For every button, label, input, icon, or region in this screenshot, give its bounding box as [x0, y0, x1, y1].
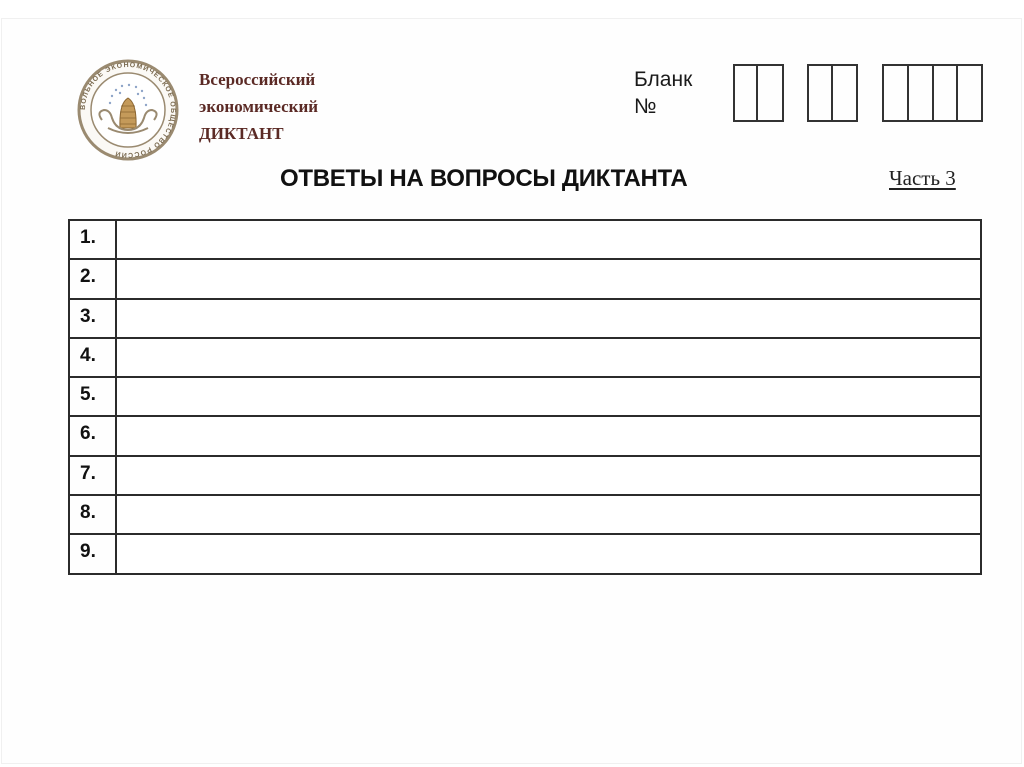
answer-field[interactable] — [116, 377, 981, 416]
answer-row: 8. — [69, 495, 981, 534]
digit-box[interactable] — [833, 66, 856, 120]
digit-box[interactable] — [758, 66, 782, 120]
digit-box[interactable] — [958, 66, 981, 120]
blank-number-label: Бланк № — [634, 66, 692, 120]
answer-number: 9. — [69, 534, 116, 573]
page-title: ОТВЕТЫ НА ВОПРОСЫ ДИКТАНТА — [280, 165, 687, 193]
digit-box[interactable] — [934, 66, 958, 120]
answer-row: 9. — [69, 534, 981, 573]
blank-label-text: Бланк — [634, 66, 692, 93]
answer-number: 7. — [69, 456, 116, 495]
answer-number: 4. — [69, 338, 116, 377]
top-margin — [0, 0, 1024, 18]
number-sign: № — [634, 93, 692, 120]
brand-title: Всероссийский экономический ДИКТАНТ — [199, 66, 318, 147]
answer-field[interactable] — [116, 338, 981, 377]
part-label: Часть 3 — [889, 166, 956, 191]
answer-number: 2. — [69, 259, 116, 298]
answer-field[interactable] — [116, 534, 981, 573]
answer-field[interactable] — [116, 220, 981, 259]
answer-row: 7. — [69, 456, 981, 495]
digit-box[interactable] — [735, 66, 758, 120]
digit-box[interactable] — [809, 66, 833, 120]
blank-number-group-2 — [807, 64, 858, 122]
answer-row: 6. — [69, 416, 981, 455]
brand-line-2: экономический — [199, 93, 318, 120]
answer-row: 3. — [69, 299, 981, 338]
answers-table: 1.2.3.4.5.6.7.8.9. — [68, 219, 982, 575]
answer-field[interactable] — [116, 259, 981, 298]
brand-line-1: Всероссийский — [199, 66, 318, 93]
answer-field[interactable] — [116, 495, 981, 534]
answer-field[interactable] — [116, 299, 981, 338]
blank-number-group-3 — [882, 64, 983, 122]
answer-row: 1. — [69, 220, 981, 259]
blank-number-group-1 — [733, 64, 784, 122]
answer-number: 6. — [69, 416, 116, 455]
answer-number: 5. — [69, 377, 116, 416]
answer-field[interactable] — [116, 456, 981, 495]
brand-line-3: ДИКТАНТ — [199, 120, 318, 147]
digit-box[interactable] — [884, 66, 909, 120]
answer-field[interactable] — [116, 416, 981, 455]
answer-number: 8. — [69, 495, 116, 534]
answer-number: 1. — [69, 220, 116, 259]
digit-box[interactable] — [909, 66, 934, 120]
answer-number: 3. — [69, 299, 116, 338]
answer-row: 2. — [69, 259, 981, 298]
seal-emblem-icon: ВОЛЬНОЕ ЭКОНОМИЧЕСКОЕ ОБЩЕСТВО РОССИИ — [76, 58, 180, 162]
answer-row: 4. — [69, 338, 981, 377]
answer-row: 5. — [69, 377, 981, 416]
